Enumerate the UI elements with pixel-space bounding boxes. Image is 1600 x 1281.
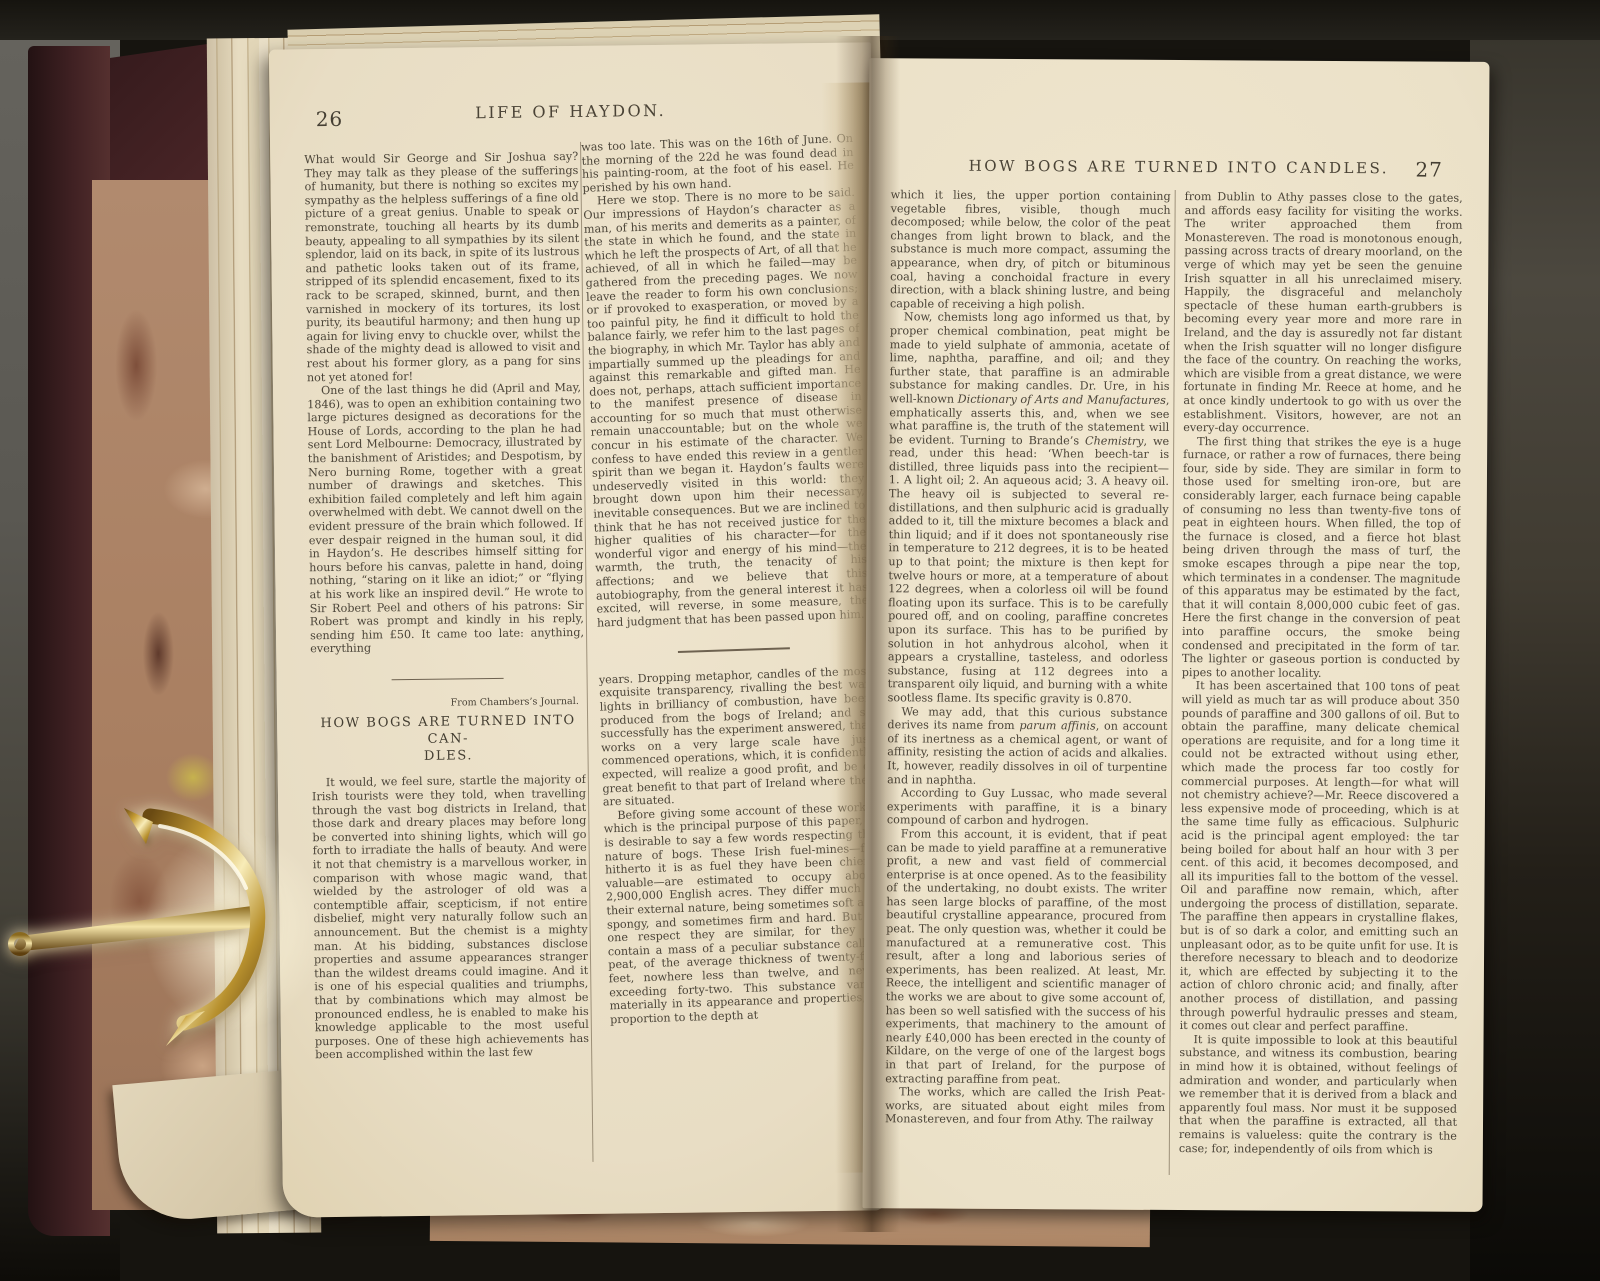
section-divider <box>392 678 504 681</box>
right-page-column-1: which it lies, the upper portion contain… <box>885 188 1171 1180</box>
background-right <box>1470 0 1600 1281</box>
paragraph: The works, which are called the Irish Pe… <box>885 1085 1165 1127</box>
paragraph: years. Dropping metaphor, candles of the… <box>599 664 875 809</box>
right-page-column-2: from Dublin to Athy passes close to the … <box>1179 190 1463 1182</box>
paragraph: According to Guy Lussac, who made severa… <box>887 786 1167 828</box>
left-page-column-2: was too late. This was on the 16th of Ju… <box>581 132 888 1200</box>
paragraph: Before giving some account of these work… <box>603 800 882 1026</box>
book-photograph: 26 LIFE OF HAYDON. What would Sir George… <box>0 0 1600 1281</box>
paragraph: from Dublin to Athy passes close to the … <box>1183 190 1462 436</box>
article-source: From Chambers’s Journal. <box>311 696 585 710</box>
article-title: HOW BOGS ARE TURNED INTO CAN- DLES. <box>311 712 586 766</box>
anchor-shank <box>12 906 252 952</box>
anchor-icon <box>0 760 300 1080</box>
running-title-right: HOW BOGS ARE TURNED INTO CANDLES. <box>869 156 1489 178</box>
left-page: 26 LIFE OF HAYDON. What would Sir George… <box>269 42 885 1217</box>
paragraph: From this account, it is evident, that i… <box>885 827 1167 1087</box>
paragraph: Now, chemists long ago informed us that,… <box>888 311 1170 707</box>
paragraph: What would Sir George and Sir Joshua say… <box>304 150 581 384</box>
paragraph: It is quite impossible to look at this b… <box>1179 1033 1458 1157</box>
paragraph: It has been ascertained that 100 tons of… <box>1180 679 1460 1034</box>
page-number-right: 27 <box>1415 157 1443 181</box>
section-divider <box>678 648 790 653</box>
paragraph: Here we stop. There is no more to be sai… <box>583 186 869 630</box>
paragraph: One of the last things he did (April and… <box>307 381 584 656</box>
right-page: HOW BOGS ARE TURNED INTO CANDLES. 27 whi… <box>862 58 1489 1212</box>
paragraph: The first thing that strikes the eye is … <box>1182 435 1461 681</box>
running-title-left: LIFE OF HAYDON. <box>270 98 872 124</box>
paragraph: was too late. This was on the 16th of Ju… <box>581 132 855 195</box>
paragraph: We may add, that this curious substance … <box>887 705 1167 788</box>
paragraph: which it lies, the upper portion contain… <box>890 188 1171 312</box>
